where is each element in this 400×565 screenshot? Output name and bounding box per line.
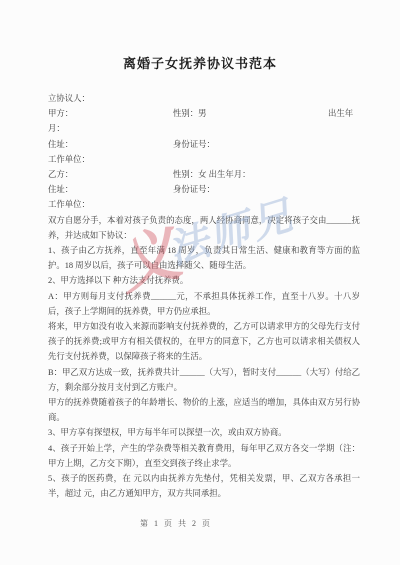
party-a-address-line: 住址： 身份证号：: [48, 137, 360, 152]
paragraph-fee-adjustment: 甲方的抚养费随着孩子的年龄增长、物价的上涨，应适当的增加，具体由双方另行协商。: [48, 395, 360, 425]
paragraph-clause-4: 4、孩子开始上学，产生的学杂费等相关教育费用，每年甲乙双方各交一学期（注：甲方上…: [48, 441, 360, 471]
page-number-footer: 第 1 页 共 2 页: [0, 518, 352, 529]
paragraph-intro: 双方自愿分手，本着对孩子负责的态度，两人经协商同意，决定将孩子交由______抚…: [48, 213, 360, 243]
paragraph-clause-2: 2、甲方选择以下 种方法支付抚养费。: [48, 273, 360, 288]
party-b-line: 乙方： 性别：女 出生年月：: [48, 167, 360, 182]
party-b-gender-birth: 性别：女 出生年月：: [173, 167, 250, 182]
document-body: 立协议人： 甲方： 性别：男 出生年 月： 住址： 身份证号： 工作单位： 乙方…: [48, 91, 360, 501]
party-a-birth-part1: 出生年: [328, 106, 353, 121]
paragraph-option-a: A：甲方则每月支付抚养费______元，不承担具体抚养工作，直至十八岁。十八岁后…: [48, 289, 360, 319]
party-a-address-label: 住址：: [48, 140, 73, 149]
party-a-line: 甲方： 性别：男 出生年: [48, 106, 360, 121]
party-b-employer-label: 工作单位：: [48, 200, 90, 209]
party-a-employer-label: 工作单位：: [48, 155, 90, 164]
party-b-address-label: 住址：: [48, 185, 73, 194]
party-b-id-label: 身份证号：: [173, 182, 215, 197]
paragraph-clause-1: 1、孩子由乙方抚养，直至年满 18 周岁，负责其日常生活、健康和教育等方面的监护…: [48, 243, 360, 273]
party-a-birth-part2: 月：: [48, 124, 65, 133]
intro-line: 立协议人：: [48, 91, 360, 106]
intro-label: 立协议人：: [48, 94, 90, 103]
document-title: 离婚子女抚养协议书范本: [0, 53, 400, 72]
paragraph-option-a-supplement: 将来，甲方如没有收入来源而影响支付抚养费的，乙方可以请求甲方的父母先行支付孩子的…: [48, 319, 360, 365]
party-b-address-line: 住址： 身份证号：: [48, 182, 360, 197]
party-b-employer-line: 工作单位：: [48, 197, 360, 212]
party-a-employer-line: 工作单位：: [48, 152, 360, 167]
paragraph-clause-5: 5、孩子的医药费，在 元以内由抚养方先垫付，凭相关发票，甲、乙双方各承担一半，超…: [48, 471, 360, 501]
party-a-id-label: 身份证号：: [173, 137, 215, 152]
party-a-birth-wrap-line: 月：: [48, 121, 360, 136]
document-page: 离婚子女抚养协议书范本 立协议人： 甲方： 性别：男 出生年 月： 住址： 身份…: [0, 0, 400, 565]
party-b-label: 乙方：: [48, 170, 73, 179]
party-a-gender: 性别：男: [173, 106, 207, 121]
paragraph-clause-3: 3、甲方享有探望权，甲方每半年可以探望一次，或由双方协商。: [48, 425, 360, 440]
party-a-label: 甲方：: [48, 109, 73, 118]
paragraph-option-b: B：甲乙双方达成一致，抚养费共计______（大写），暂时支付______（大写…: [48, 365, 360, 395]
